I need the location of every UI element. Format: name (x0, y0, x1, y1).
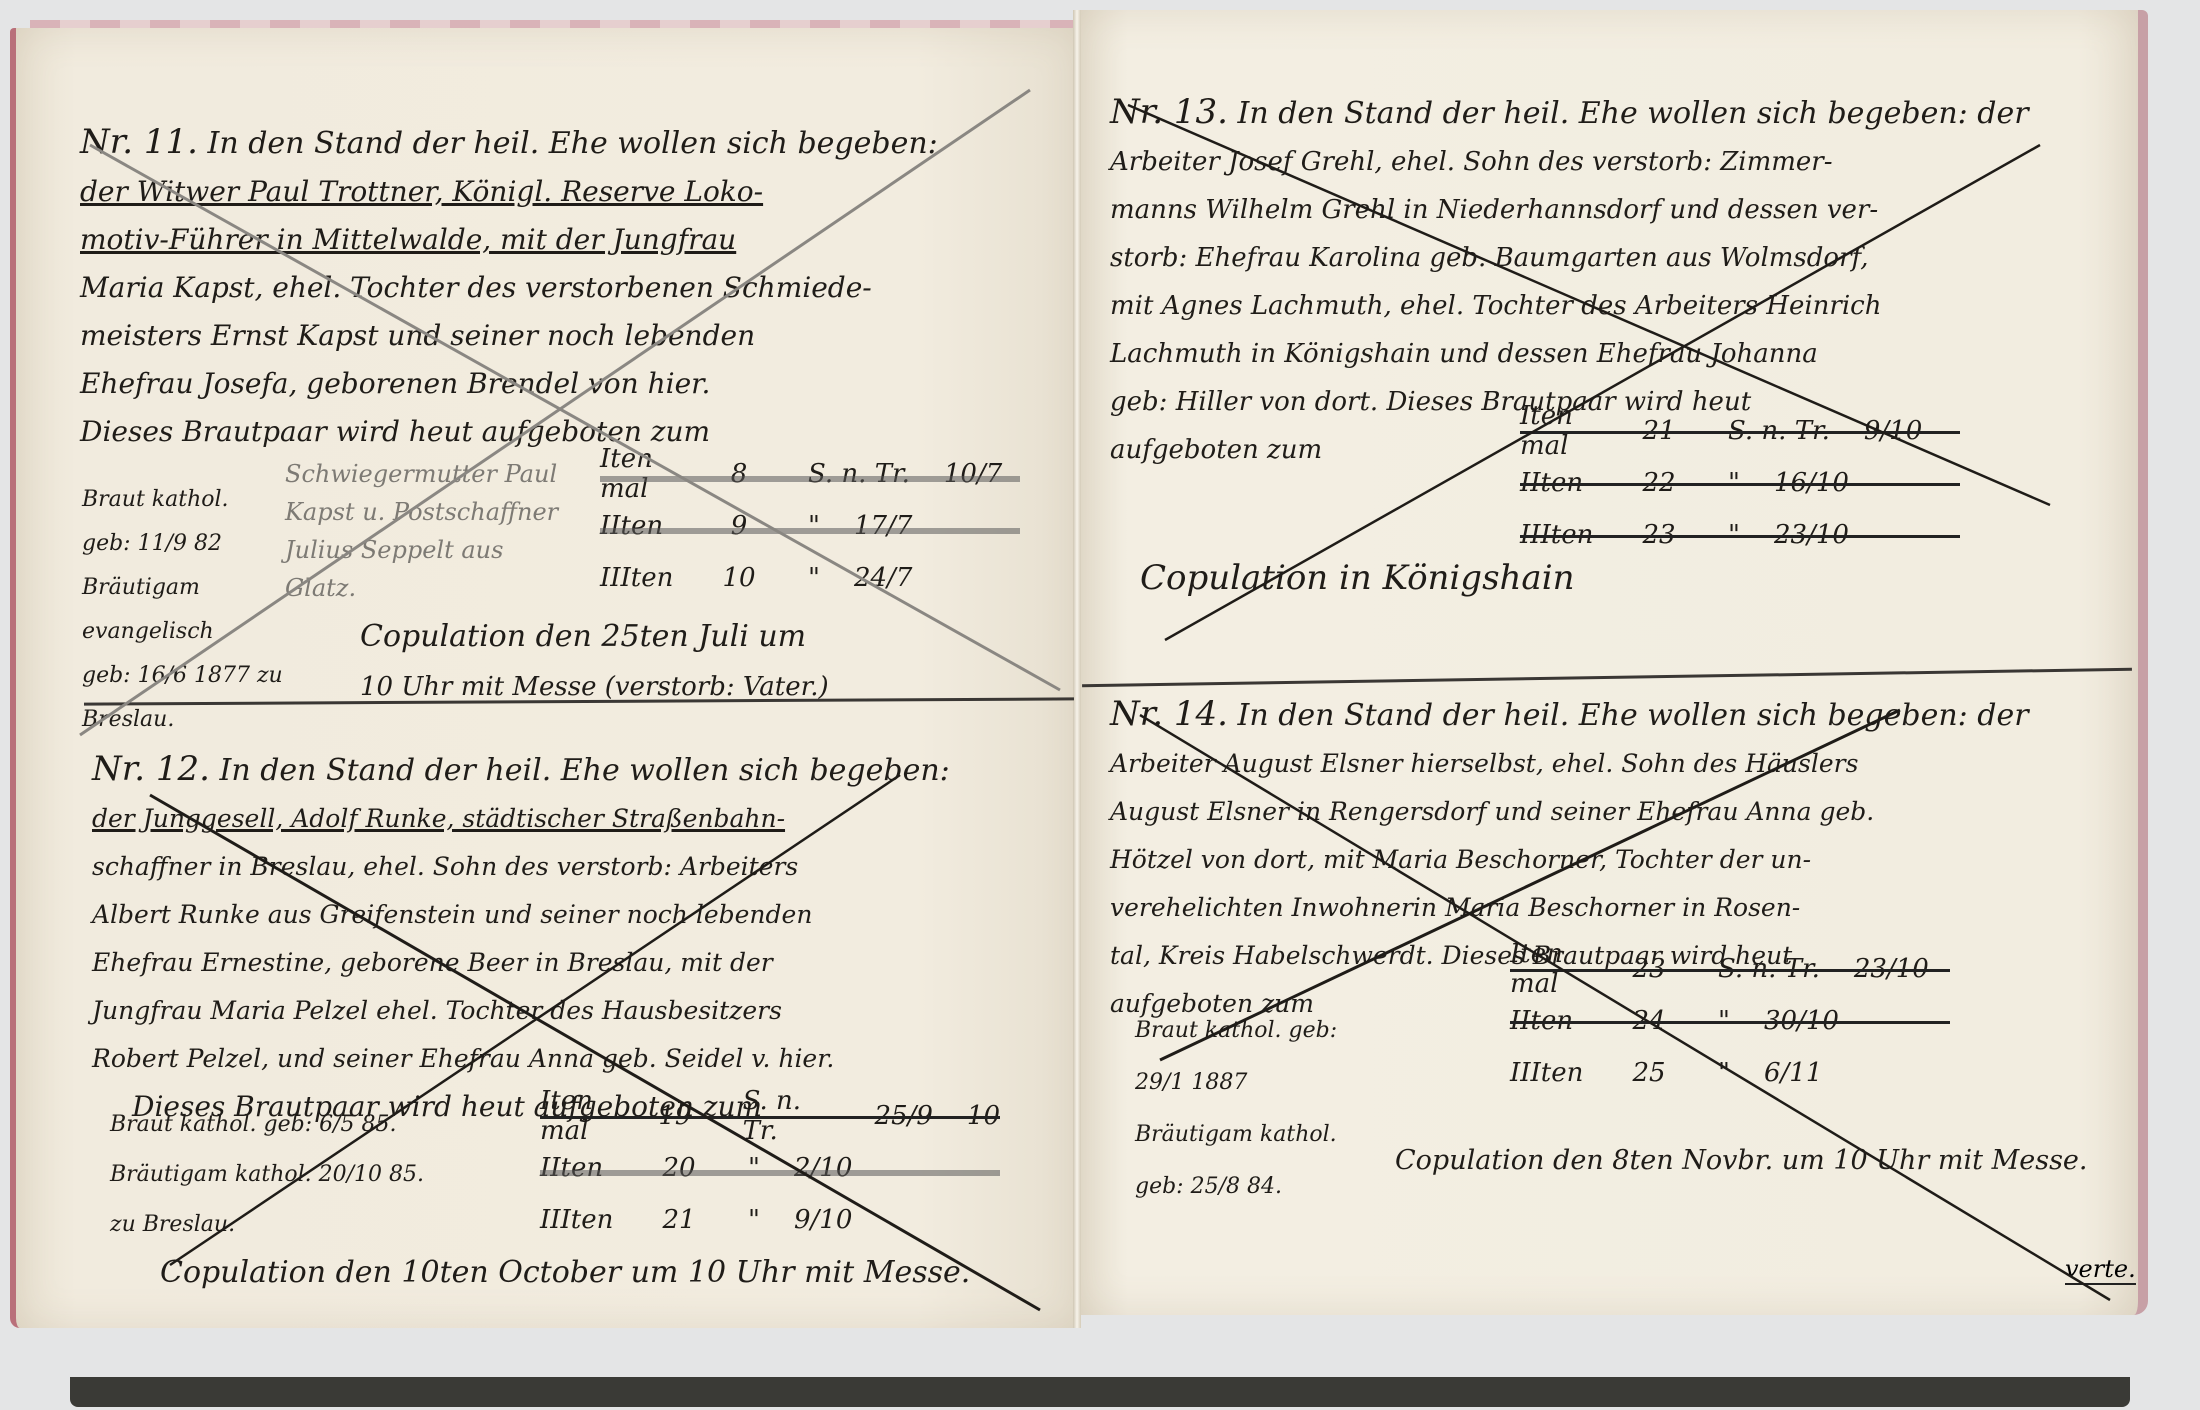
entry-line: der Junggesell, Adolf Runke, städtischer… (92, 795, 950, 843)
entry-line: manns Wilhelm Grehl in Niederhannsdorf u… (1110, 186, 2029, 234)
proclamation-row: IIten9"17/7 (600, 500, 1020, 552)
entry-line: verehelichten Inwohnerin Maria Beschorne… (1110, 884, 2029, 932)
entry-number: Nr. 12. (92, 749, 210, 789)
entry-line: mit Agnes Lachmuth, ehel. Tochter des Ar… (1110, 282, 2029, 330)
proclamation-row: Iten mal23S. n. Tr.23/10 (1510, 943, 1950, 995)
entry-line: schaffner in Breslau, ehel. Sohn des ver… (92, 843, 950, 891)
proclamation-row: IIten24"30/10 (1510, 995, 1950, 1047)
entry-12-copulation: Copulation den 10ten October um 10 Uhr m… (160, 1255, 970, 1290)
entry-line: Maria Kapst, ehel. Tochter des verstorbe… (80, 264, 938, 312)
entry-13-copulation: Copulation in Königshain (1140, 558, 1574, 598)
entry-12-proclamations: Iten mal19S. n. Tr.25/910 IIten20"2/10 I… (540, 1090, 1000, 1246)
verte-note: verte. (2065, 1255, 2136, 1285)
entry-14-proclamations: Iten mal23S. n. Tr.23/10 IIten24"30/10 I… (1510, 943, 1950, 1099)
book-gutter (1073, 10, 1081, 1328)
entry-12-birth-notes: Braut kathol. geb: 6/5 85. Bräutigam kat… (110, 1100, 424, 1250)
proclamation-row: Iten mal21S. n. Tr.9/10 (1520, 405, 1960, 457)
entry-11-copulation: Copulation den 25ten Juli um 10 Uhr mit … (360, 612, 829, 712)
entry-line: In den Stand der heil. Ehe wollen sich b… (1238, 698, 2029, 733)
entry-line: Albert Runke aus Greifenstein und seiner… (92, 891, 950, 939)
entry-line: August Elsner in Rengersdorf und seiner … (1110, 788, 2029, 836)
entry-line: der Witwer Paul Trottner, Königl. Reserv… (80, 168, 938, 216)
entry-number: Nr. 13. (1110, 92, 1228, 132)
entry-number: Nr. 14. (1110, 694, 1228, 734)
entry-14-birth-notes: Braut kathol. geb: 29/1 1887 Bräutigam k… (1135, 1005, 1337, 1213)
entry-number: Nr. 11. (80, 122, 198, 162)
entry-line: In den Stand der heil. Ehe wollen sich b… (1238, 96, 2029, 131)
entry-14-copulation: Copulation den 8ten Novbr. um 10 Uhr mit… (1395, 1145, 2087, 1176)
entry-line: In den Stand der heil. Ehe wollen sich b… (220, 753, 950, 788)
entry-line: Robert Pelzel, und seiner Ehefrau Anna g… (92, 1035, 950, 1083)
entry-line: Lachmuth in Königshain und dessen Ehefra… (1110, 330, 2029, 378)
entry-12: Nr. 12. In den Stand der heil. Ehe wolle… (92, 745, 950, 1131)
proclamation-row: Iten mal8S. n. Tr.10/7 (600, 448, 1020, 500)
proclamation-row: IIten22"16/10 (1520, 457, 1960, 509)
entry-line: Arbeiter August Elsner hierselbst, ehel.… (1110, 740, 2029, 788)
book-cover-edge (70, 1377, 2130, 1407)
entry-line: motiv-Führer in Mittelwalde, mit der Jun… (80, 216, 938, 264)
entry-line: storb: Ehefrau Karolina geb. Baumgarten … (1110, 234, 2029, 282)
proclamation-row: IIten20"2/10 (540, 1142, 1000, 1194)
proclamation-row: Iten mal19S. n. Tr.25/910 (540, 1090, 1000, 1142)
entry-11: Nr. 11. In den Stand der heil. Ehe wolle… (80, 118, 938, 456)
entry-line: Hötzel von dort, mit Maria Beschorner, T… (1110, 836, 2029, 884)
proclamation-row: IIIten10"24/7 (600, 552, 1020, 604)
proclamation-row: IIIten23"23/10 (1520, 509, 1960, 561)
entry-11-pencil-note: Schwiegermutter Paul Kapst u. Postschaff… (285, 455, 558, 607)
entry-line: Ehefrau Ernestine, geborene Beer in Bres… (92, 939, 950, 987)
entry-line: Ehefrau Josefa, geborenen Brendel von hi… (80, 360, 938, 408)
entry-11-proclamations: Iten mal8S. n. Tr.10/7 IIten9"17/7 IIIte… (600, 448, 1020, 604)
entry-13-proclamations: Iten mal21S. n. Tr.9/10 IIten22"16/10 II… (1520, 405, 1960, 561)
entry-line: In den Stand der heil. Ehe wollen sich b… (208, 126, 938, 161)
entry-line: Jungfrau Maria Pelzel ehel. Tochter des … (92, 987, 950, 1035)
entry-line: Arbeiter Josef Grehl, ehel. Sohn des ver… (1110, 138, 2029, 186)
proclamation-row: IIIten25"6/11 (1510, 1047, 1950, 1099)
entry-line: meisters Ernst Kapst und seiner noch leb… (80, 312, 938, 360)
proclamation-row: IIIten21"9/10 (540, 1194, 1000, 1246)
